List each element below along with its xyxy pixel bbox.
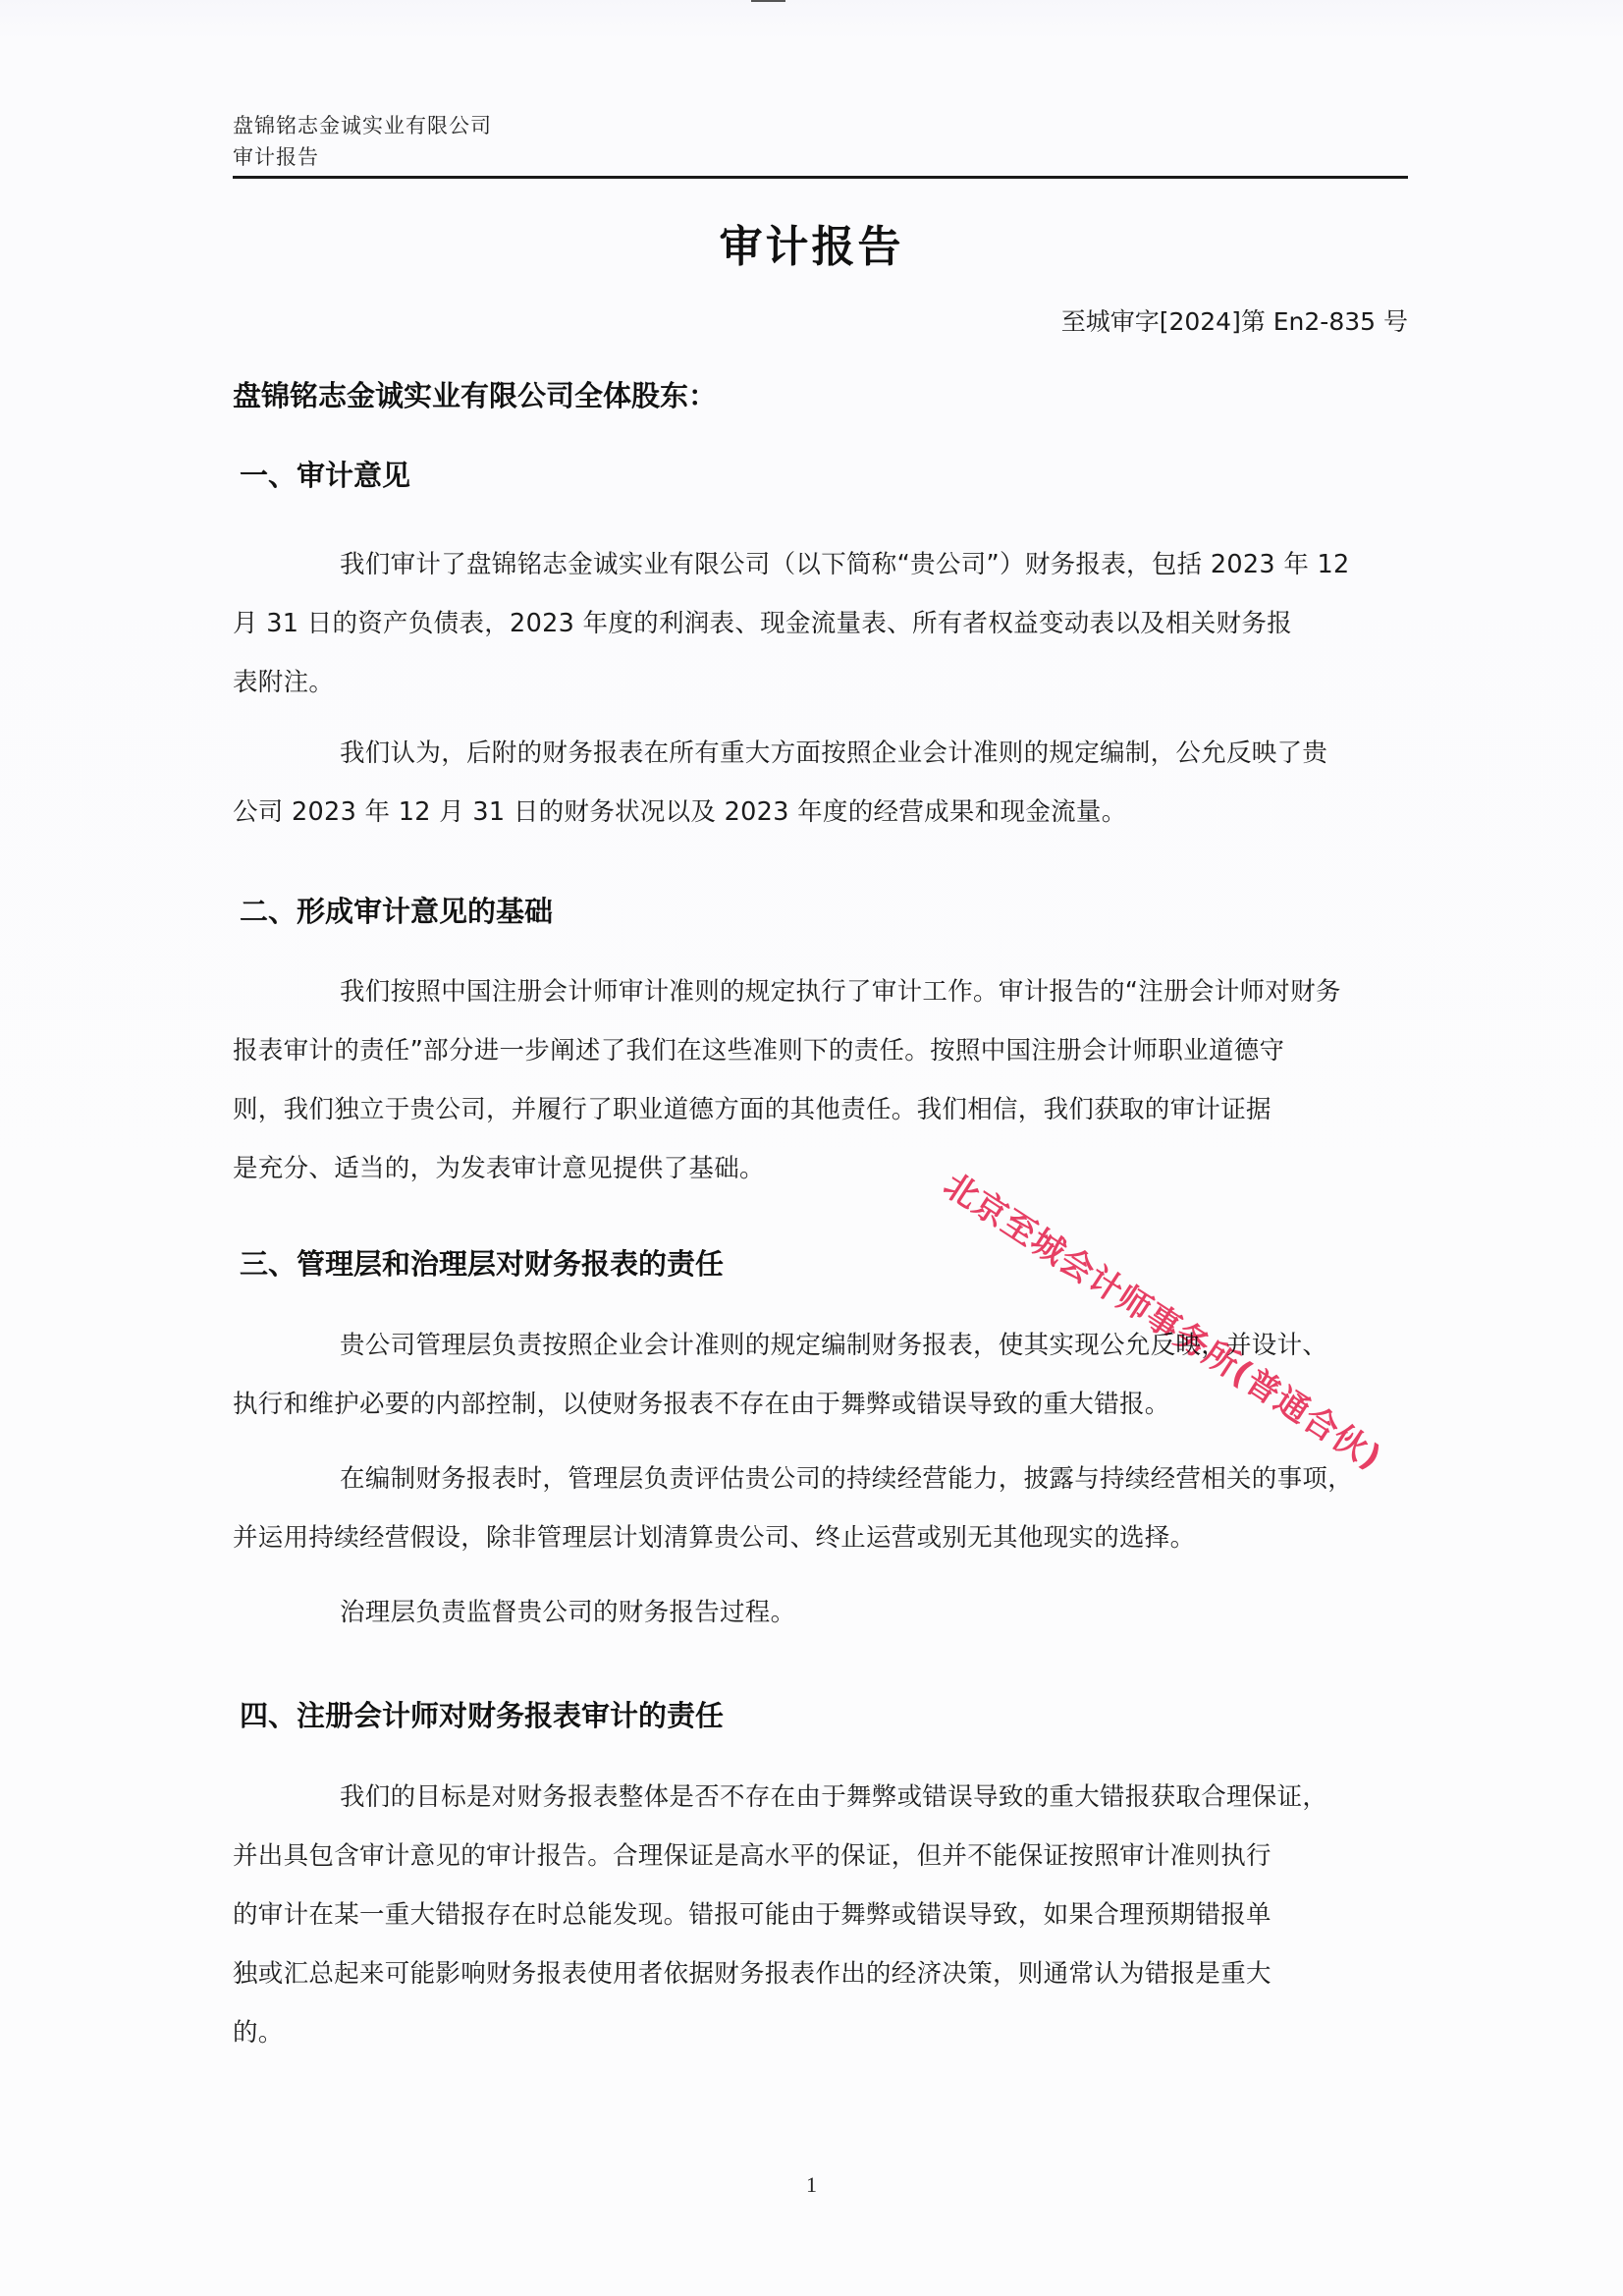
paragraph-line: 表附注。 <box>233 653 1408 712</box>
paragraph-line: 我们认为，后附的财务报表在所有重大方面按照企业会计准则的规定编制，公允反映了贵 <box>233 724 1408 783</box>
section-heading-auditor-responsibility: 四、注册会计师对财务报表审计的责任 <box>240 1694 724 1734</box>
paragraph-line: 的审计在某一重大错报存在时总能发现。错报可能由于舞弊或错误导致，如果合理预期错报… <box>233 1886 1408 1944</box>
reference-number: 至城审字[2024]第 En2-835 号 <box>1061 302 1408 338</box>
paragraph-line: 我们按照中国注册会计师审计准则的规定执行了审计工作。审计报告的“注册会计师对财务 <box>233 962 1408 1021</box>
paragraph-line: 在编制财务报表时，管理层负责评估贵公司的持续经营能力，披露与持续经营相关的事项， <box>233 1449 1408 1508</box>
document-title: 审计报告 <box>0 211 1623 274</box>
running-header: 盘锦铭志金诚实业有限公司 审计报告 <box>233 110 1408 173</box>
paragraph-line: 月 31 日的资产负债表，2023 年度的利润表、现金流量表、所有者权益变动表以… <box>233 594 1408 653</box>
paragraph-line: 则，我们独立于贵公司，并履行了职业道德方面的其他责任。我们相信，我们获取的审计证… <box>233 1080 1408 1139</box>
paragraph-line: 并运用持续经营假设，除非管理层计划清算贵公司、终止运营或别无其他现实的选择。 <box>233 1508 1408 1567</box>
paragraph-line: 公司 2023 年 12 月 31 日的财务状况以及 2023 年度的经营成果和… <box>233 783 1408 842</box>
paragraph-line: 并出具包含审计意见的审计报告。合理保证是高水平的保证，但并不能保证按照审计准则执… <box>233 1827 1408 1886</box>
document-page: 盘锦铭志金诚实业有限公司 审计报告 审计报告 至城审字[2024]第 En2-8… <box>0 0 1623 2296</box>
header-doc-type: 审计报告 <box>233 141 1408 173</box>
section-heading-management-responsibility: 三、管理层和治理层对财务报表的责任 <box>240 1242 724 1283</box>
paragraph-line: 我们审计了盘锦铭志金诚实业有限公司（以下简称“贵公司”）财务报表，包括 2023… <box>233 535 1408 594</box>
paragraph-line: 是充分、适当的，为发表审计意见提供了基础。 <box>233 1139 1408 1198</box>
paragraph: 我们按照中国注册会计师审计准则的规定执行了审计工作。审计报告的“注册会计师对财务… <box>233 962 1408 1198</box>
paragraph-line: 我们的目标是对财务报表整体是否不存在由于舞弊或错误导致的重大错报获取合理保证， <box>233 1768 1408 1827</box>
header-divider <box>233 176 1408 179</box>
page-number: 1 <box>0 2172 1623 2198</box>
paragraph: 在编制财务报表时，管理层负责评估贵公司的持续经营能力，披露与持续经营相关的事项，… <box>233 1449 1408 1567</box>
paragraph: 我们的目标是对财务报表整体是否不存在由于舞弊或错误导致的重大错报获取合理保证， … <box>233 1768 1408 2062</box>
scan-edge-mark <box>751 0 785 2</box>
addressee: 盘锦铭志金诚实业有限公司全体股东： <box>233 374 717 414</box>
paragraph-line: 的。 <box>233 2003 1408 2062</box>
paragraph: 治理层负责监督贵公司的财务报告过程。 <box>233 1583 1408 1642</box>
section-heading-basis-for-opinion: 二、形成审计意见的基础 <box>240 890 553 930</box>
paragraph: 我们审计了盘锦铭志金诚实业有限公司（以下简称“贵公司”）财务报表，包括 2023… <box>233 535 1408 712</box>
paragraph: 我们认为，后附的财务报表在所有重大方面按照企业会计准则的规定编制，公允反映了贵 … <box>233 724 1408 842</box>
section-heading-audit-opinion: 一、审计意见 <box>240 454 410 494</box>
paragraph-line: 独或汇总起来可能影响财务报表使用者依据财务报表作出的经济决策，则通常认为错报是重… <box>233 1944 1408 2003</box>
paragraph-line: 报表审计的责任”部分进一步阐述了我们在这些准则下的责任。按照中国注册会计师职业道… <box>233 1021 1408 1080</box>
paragraph-line: 治理层负责监督贵公司的财务报告过程。 <box>233 1583 1408 1642</box>
header-company-name: 盘锦铭志金诚实业有限公司 <box>233 110 1408 141</box>
